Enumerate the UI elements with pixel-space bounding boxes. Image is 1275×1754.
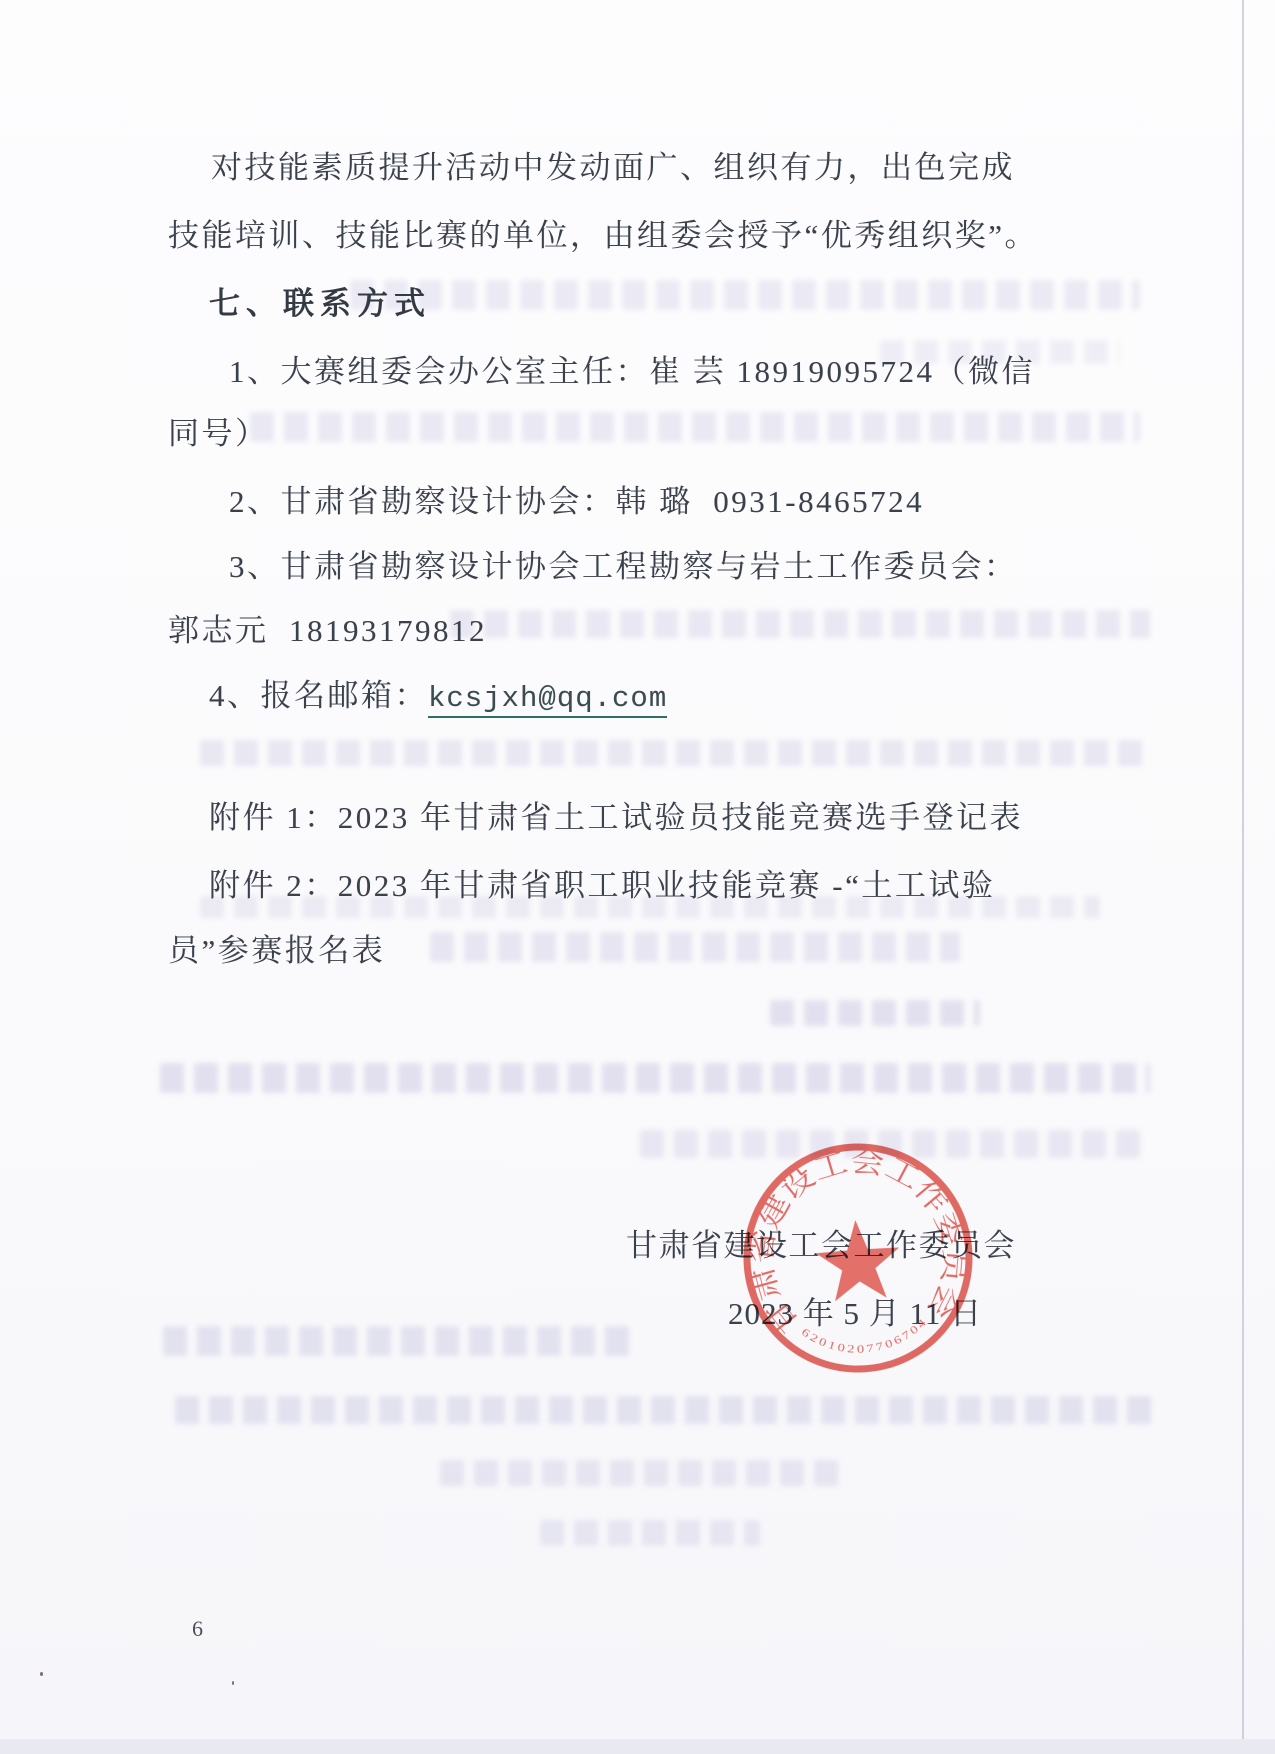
scan-speck (40, 1672, 43, 1676)
bleed-through-artifact (540, 1520, 760, 1546)
bleed-through-artifact (770, 1000, 980, 1026)
contact-item-3-line1: 3、甘肃省勘察设计协会工程勘察与岩土工作委员会： (229, 549, 1018, 586)
attachment-2-line2: 员”参赛报名表 (168, 933, 385, 970)
scanned-document-page: 对技能素质提升活动中发动面广、组织有力，出色完成 技能培训、技能比赛的单位，由组… (0, 0, 1275, 1754)
scan-bottom-band (0, 1739, 1275, 1754)
email-label: 4、报名邮箱： (209, 678, 428, 713)
scan-speck (232, 1681, 234, 1685)
section-heading-contact: 七、联系方式 (209, 286, 431, 323)
contact-item-2: 2、甘肃省勘察设计协会：韩 璐 0931-8465724 (229, 484, 924, 521)
bleed-through-artifact (163, 1326, 633, 1356)
contact-item-3-line2: 郭志元 18193179812 (168, 613, 487, 650)
bleed-through-artifact (160, 1063, 1150, 1093)
scan-fold-line (1242, 0, 1244, 1754)
contact-item-1-line1: 1、大赛组委会办公室主任：崔 芸 18919095724（微信 (229, 354, 1035, 391)
bleed-through-artifact (430, 932, 960, 962)
bleed-through-artifact (175, 1396, 1155, 1424)
bleed-through-artifact (250, 412, 1140, 442)
attachment-2-line1: 附件 2：2023 年甘肃省职工职业技能竞赛 -“土工试验 (209, 868, 995, 905)
contact-item-4: 4、报名邮箱：kcsjxh@qq.com (209, 678, 667, 716)
bleed-through-artifact (200, 740, 1150, 766)
attachment-1: 附件 1：2023 年甘肃省土工试验员技能竞赛选手登记表 (209, 800, 1023, 837)
bleed-through-artifact (450, 610, 1150, 638)
paragraph-awards-line1: 对技能素质提升活动中发动面广、组织有力，出色完成 (211, 150, 1015, 187)
paragraph-awards-line2: 技能培训、技能比赛的单位，由组委会授予“优秀组织奖”。 (168, 218, 1038, 255)
seal-star-icon (814, 1217, 903, 1302)
official-seal-stamp: 甘肃省建设工会工作委员会 62010207706704 (725, 1125, 992, 1392)
contact-item-1-line2: 同号） (168, 416, 269, 453)
registration-email: kcsjxh@qq.com (428, 682, 667, 718)
page-number: 6 (192, 1616, 203, 1642)
bleed-through-artifact (350, 280, 1140, 310)
bleed-through-artifact (440, 1460, 840, 1486)
